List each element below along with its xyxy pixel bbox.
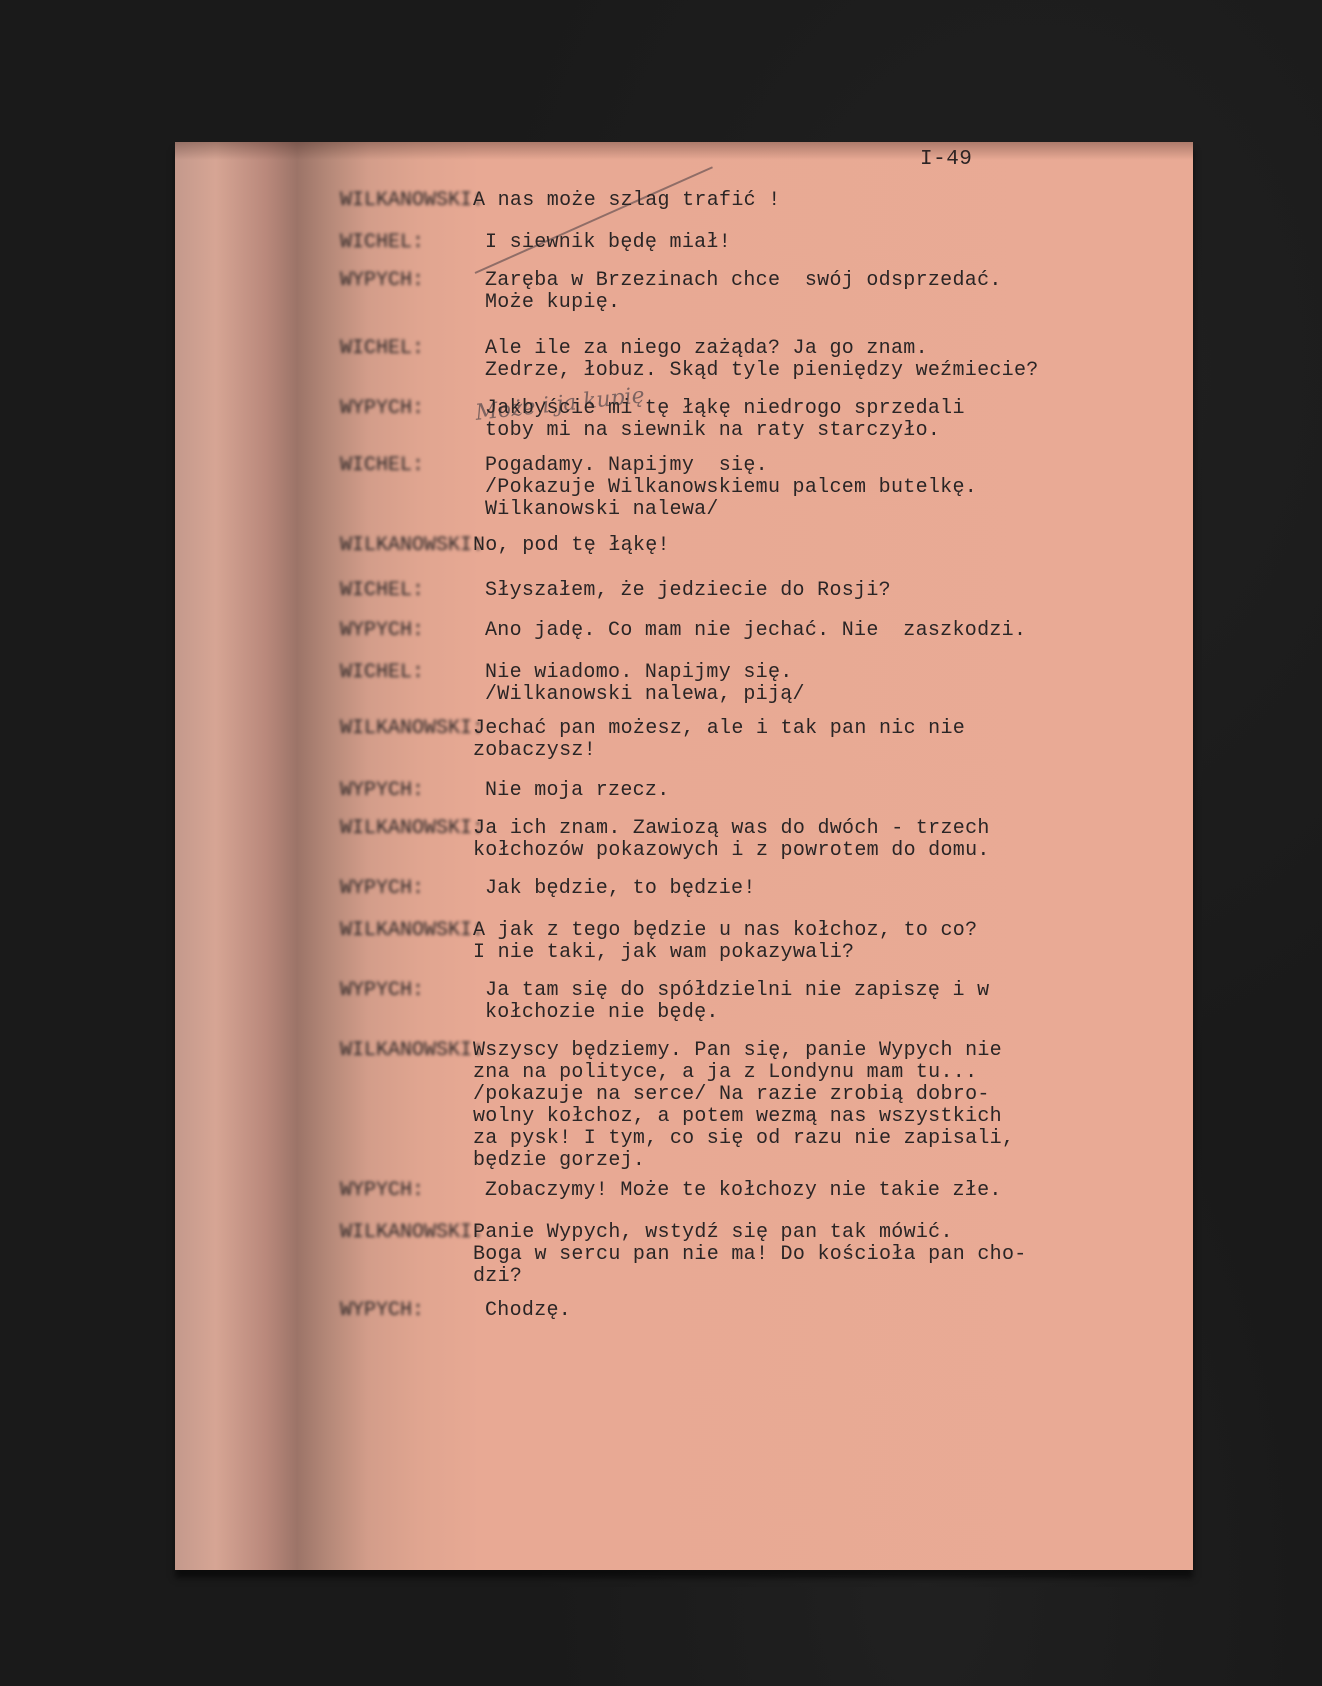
speaker-name: WILKANOWSKI: — [175, 535, 485, 557]
dialogue-entry: WILKANOWSKI:A nas może szlag trafić ! — [175, 190, 1193, 212]
dialogue-text: Zaręba w Brzezinach chce swój odsprzedać… — [485, 270, 1193, 314]
speaker-name: WYPYCH: — [175, 1300, 485, 1322]
dialogue-line: Zedrze, łobuz. Skąd tyle pieniędzy weźmi… — [485, 360, 1193, 382]
dialogue-entry: WYPYCH:Zaręba w Brzezinach chce swój ods… — [175, 270, 1193, 314]
speaker-name: WILKANOWSKI: — [175, 1040, 485, 1062]
speaker-name: WILKANOWSKI: — [175, 920, 485, 942]
dialogue-line: A jak z tego będzie u nas kołchoz, to co… — [473, 920, 1193, 942]
speaker-name: WYPYCH: — [175, 398, 485, 420]
dialogue-entry: WILKANOWSKI:Jechać pan możesz, ale i tak… — [175, 718, 1193, 762]
dialogue-text: A nas może szlag trafić ! — [473, 190, 1193, 212]
dialogue-line: kołchozów pokazowych i z powrotem do dom… — [473, 840, 1193, 862]
dialogue-line: Jak będzie, to będzie! — [485, 878, 1193, 900]
dialogue-text: Panie Wypych, wstydź się pan tak mówić.B… — [473, 1222, 1193, 1288]
dialogue-entry: WICHEL:I siewnik będę miał! — [175, 232, 1193, 254]
speaker-name: WYPYCH: — [175, 878, 485, 900]
dialogue-entry: WYPYCH:Ano jadę. Co mam nie jechać. Nie … — [175, 620, 1193, 642]
dialogue-line: /Wilkanowski nalewa, piją/ — [485, 684, 1193, 706]
dialogue-entry: WYPYCH:Ja tam się do spółdzielni nie zap… — [175, 980, 1193, 1024]
dialogue-line: kołchozie nie będę. — [485, 1002, 1193, 1024]
dialogue-line: Ja ich znam. Zawiozą was do dwóch - trze… — [473, 818, 1193, 840]
dialogue-text: I siewnik będę miał! — [485, 232, 1193, 254]
dialogue-entry: WYPYCH:Nie moja rzecz. — [175, 780, 1193, 802]
dialogue-text: Słyszałem, że jedziecie do Rosji? — [485, 580, 1193, 602]
dialogue-entry: WYPYCH:Jakbyście mi tę łąkę niedrogo spr… — [175, 398, 1193, 442]
speaker-name: WYPYCH: — [175, 270, 485, 292]
speaker-name: WYPYCH: — [175, 780, 485, 802]
dialogue-line: A nas może szlag trafić ! — [473, 190, 1193, 212]
speaker-name: WICHEL: — [175, 662, 485, 684]
dialogue-line: /pokazuje na serce/ Na razie zrobią dobr… — [473, 1084, 1193, 1106]
dialogue-text: Ja tam się do spółdzielni nie zapiszę i … — [485, 980, 1193, 1024]
dialogue-text: Nie moja rzecz. — [485, 780, 1193, 802]
dialogue-text: A jak z tego będzie u nas kołchoz, to co… — [473, 920, 1193, 964]
dialogue-text: Nie wiadomo. Napijmy się./Wilkanowski na… — [485, 662, 1193, 706]
dialogue-entry: WICHEL:Ale ile za niego zażąda? Ja go zn… — [175, 338, 1193, 382]
dialogue-text: Ano jadę. Co mam nie jechać. Nie zaszkod… — [485, 620, 1193, 642]
dialogue-line: zna na polityce, a ja z Londynu mam tu..… — [473, 1062, 1193, 1084]
dialogue-line: Zobaczymy! Może te kołchozy nie takie zł… — [485, 1180, 1193, 1202]
dialogue-line: I nie taki, jak wam pokazywali? — [473, 942, 1193, 964]
dialogue-text: Jechać pan możesz, ale i tak pan nic nie… — [473, 718, 1193, 762]
dialogue-line: Ja tam się do spółdzielni nie zapiszę i … — [485, 980, 1193, 1002]
dialogue-line: za pysk! I tym, co się od razu nie zapis… — [473, 1128, 1193, 1150]
speaker-name: WICHEL: — [175, 455, 485, 477]
dialogue-text: Jak będzie, to będzie! — [485, 878, 1193, 900]
dialogue-line: Może kupię. — [485, 292, 1193, 314]
dialogue-text: Zobaczymy! Może te kołchozy nie takie zł… — [485, 1180, 1193, 1202]
dialogue-text: Pogadamy. Napijmy się./Pokazuje Wilkanow… — [485, 455, 1193, 521]
speaker-name: WILKANOWSKI: — [175, 1222, 485, 1244]
dialogue-entry: WILKANOWSKI:Ja ich znam. Zawiozą was do … — [175, 818, 1193, 862]
speaker-name: WICHEL: — [175, 232, 485, 254]
dialogue-line: Wszyscy będziemy. Pan się, panie Wypych … — [473, 1040, 1193, 1062]
pencil-strikethrough — [475, 166, 713, 274]
dialogue-line: Boga w sercu pan nie ma! Do kościoła pan… — [473, 1244, 1193, 1266]
dialogue-line: No, pod tę łąkę! — [473, 535, 1193, 557]
dialogue-line: Zaręba w Brzezinach chce swój odsprzedać… — [485, 270, 1193, 292]
dialogue-line: Nie moja rzecz. — [485, 780, 1193, 802]
dialogue-entry: WYPYCH:Chodzę. — [175, 1300, 1193, 1322]
dialogue-entry: WILKANOWSKI:No, pod tę łąkę! — [175, 535, 1193, 557]
dialogue-entry: WICHEL:Pogadamy. Napijmy się./Pokazuje W… — [175, 455, 1193, 521]
dialogue-entry: WILKANOWSKI:A jak z tego będzie u nas ko… — [175, 920, 1193, 964]
dialogue-text: Jakbyście mi tę łąkę niedrogo sprzedalit… — [485, 398, 1193, 442]
dialogue-line: zobaczysz! — [473, 740, 1193, 762]
dialogue-line: wolny kołchoz, a potem wezmą nas wszystk… — [473, 1106, 1193, 1128]
dialogue-line: Chodzę. — [485, 1300, 1193, 1322]
dialogue-line: dzi? — [473, 1266, 1193, 1288]
speaker-name: WILKANOWSKI: — [175, 190, 485, 212]
dialogue-line: Nie wiadomo. Napijmy się. — [485, 662, 1193, 684]
dialogue-line: Ale ile za niego zażąda? Ja go znam. — [485, 338, 1193, 360]
dialogue-text: No, pod tę łąkę! — [473, 535, 1193, 557]
dialogue-text: Ja ich znam. Zawiozą was do dwóch - trze… — [473, 818, 1193, 862]
speaker-name: WILKANOWSKI: — [175, 818, 485, 840]
dialogue-text: Chodzę. — [485, 1300, 1193, 1322]
dialogue-line: Ano jadę. Co mam nie jechać. Nie zaszkod… — [485, 620, 1193, 642]
dialogue-text: Ale ile za niego zażąda? Ja go znam.Zedr… — [485, 338, 1193, 382]
dialogue-line: Pogadamy. Napijmy się. — [485, 455, 1193, 477]
dialogue-line: Panie Wypych, wstydź się pan tak mówić. — [473, 1222, 1193, 1244]
dialogue-entry: WILKANOWSKI:Panie Wypych, wstydź się pan… — [175, 1222, 1193, 1288]
dialogue-line: Jakbyście mi tę łąkę niedrogo sprzedali — [485, 398, 1193, 420]
dialogue-line: będzie gorzej. — [473, 1150, 1193, 1172]
dialogue-entry: WILKANOWSKI:Wszyscy będziemy. Pan się, p… — [175, 1040, 1193, 1172]
dialogue-line: /Pokazuje Wilkanowskiemu palcem butelkę. — [485, 477, 1193, 499]
speaker-name: WILKANOWSKI: — [175, 718, 485, 740]
dialogue-line: Słyszałem, że jedziecie do Rosji? — [485, 580, 1193, 602]
dialogue-text: Wszyscy będziemy. Pan się, panie Wypych … — [473, 1040, 1193, 1172]
typescript-page: I-49 Może i ja kupię WILKANOWSKI:A nas m… — [175, 142, 1193, 1570]
dialogue-line: Wilkanowski nalewa/ — [485, 499, 1193, 521]
speaker-name: WYPYCH: — [175, 1180, 485, 1202]
dialogue-entry: WYPYCH:Jak będzie, to będzie! — [175, 878, 1193, 900]
speaker-name: WICHEL: — [175, 338, 485, 360]
speaker-name: WICHEL: — [175, 580, 485, 602]
speaker-name: WYPYCH: — [175, 620, 485, 642]
page-number: I-49 — [920, 148, 972, 171]
dialogue-line: toby mi na siewnik na raty starczyło. — [485, 420, 1193, 442]
dialogue-line: Jechać pan możesz, ale i tak pan nic nie — [473, 718, 1193, 740]
dialogue-line: I siewnik będę miał! — [485, 232, 1193, 254]
dialogue-entry: WICHEL:Nie wiadomo. Napijmy się./Wilkano… — [175, 662, 1193, 706]
dialogue-entry: WYPYCH:Zobaczymy! Może te kołchozy nie t… — [175, 1180, 1193, 1202]
dialogue-entry: WICHEL:Słyszałem, że jedziecie do Rosji? — [175, 580, 1193, 602]
speaker-name: WYPYCH: — [175, 980, 485, 1002]
